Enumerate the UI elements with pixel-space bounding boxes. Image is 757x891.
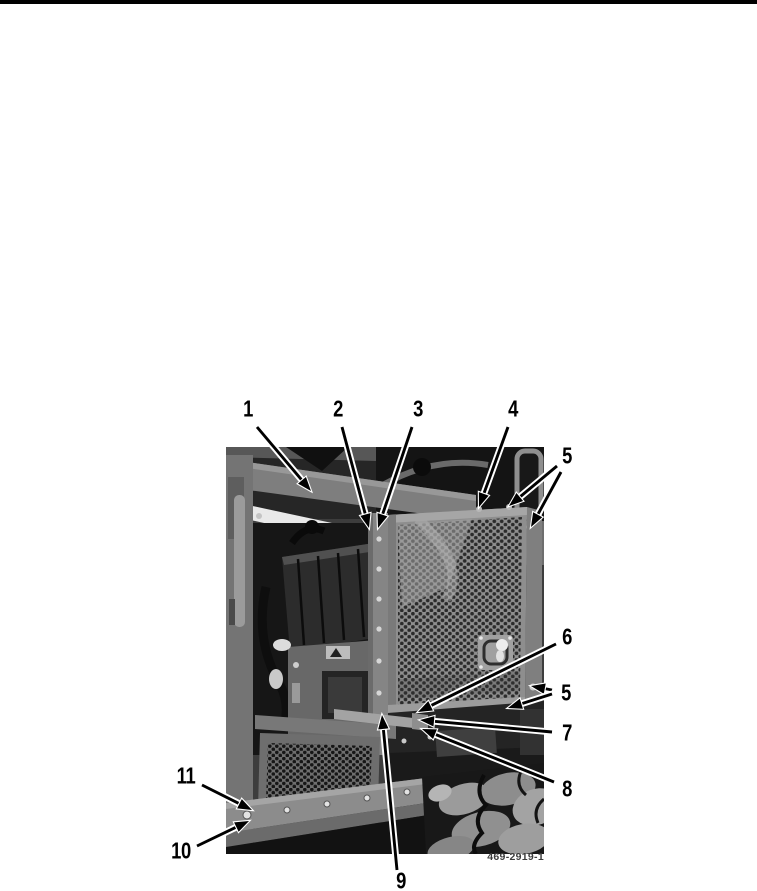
callout-label-2: 2: [333, 398, 343, 421]
manual-figure-page: 12345657891011 469-2919-1: [0, 0, 757, 891]
frame-patch: [520, 709, 544, 755]
cab-fixture: [413, 458, 431, 476]
callout-label-4: 4: [508, 398, 518, 421]
door-latch-tab: [496, 650, 504, 662]
bright-spot: [273, 639, 291, 651]
figure-number: 469-2919-1: [420, 851, 544, 863]
frame-patch: [435, 727, 497, 757]
door-top-bolt: [476, 506, 482, 512]
callout-label-11: 11: [177, 765, 196, 788]
left-pillar-slot: [229, 599, 235, 625]
jamb-lower-bolt: [530, 684, 537, 691]
pillar-bolt: [256, 513, 262, 519]
rear-window-frame: [517, 451, 541, 517]
panel-bracket: [292, 683, 300, 703]
door-latch-knob: [496, 639, 508, 651]
door-jamb: [525, 507, 542, 713]
engine-cable-clamp: [305, 520, 319, 534]
page-top-edge-bar: [0, 0, 757, 4]
latch-bracket: [412, 713, 428, 731]
callout-label-3: 3: [413, 398, 423, 421]
frame-bolt: [428, 735, 433, 740]
panel-bolt: [293, 662, 299, 668]
callout-label-7: 7: [562, 722, 572, 745]
callout-label-1: 1: [243, 398, 253, 421]
left-pillar-handle: [234, 495, 245, 627]
door-top-bolt: [506, 504, 512, 510]
callout-label-6: 6: [562, 626, 572, 649]
callout-label-9: 9: [396, 870, 406, 891]
callout-label-8: 8: [562, 778, 572, 801]
screen-door-left-frame: [388, 515, 396, 713]
callout-label-5: 5: [561, 682, 571, 705]
frame-bolt: [402, 739, 407, 744]
component-box: [328, 677, 362, 713]
callout-label-5: 5: [562, 445, 572, 468]
callout-label-10: 10: [171, 840, 191, 863]
bright-spot: [269, 669, 283, 689]
figure-photo: [226, 447, 544, 854]
